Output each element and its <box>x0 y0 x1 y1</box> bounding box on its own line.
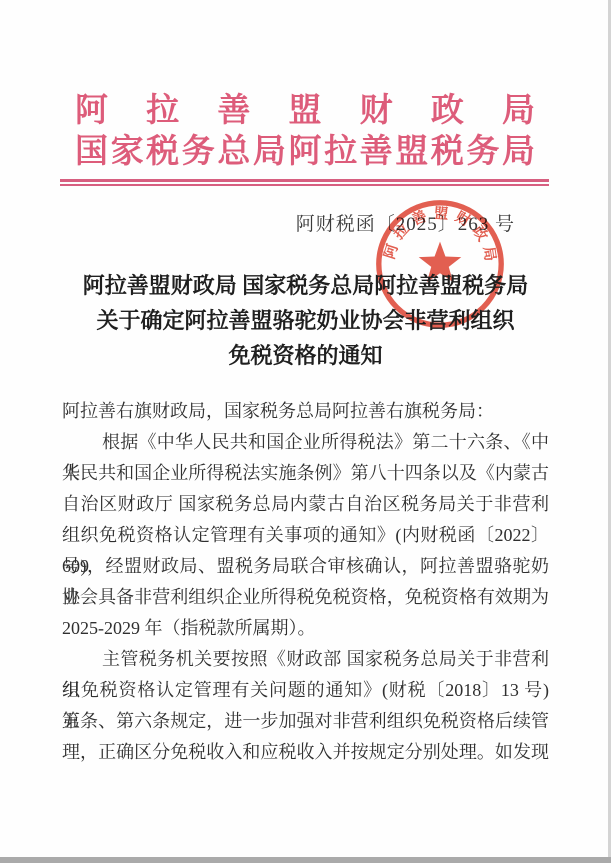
body-line: 五条、第六条规定，进一步加强对非营利组织免税资格后续管 <box>62 706 549 737</box>
title-line-3: 免税资格的通知 <box>40 338 571 373</box>
body-line: 2025-2029 年（指税款所属期）。 <box>62 613 549 644</box>
body-line: 协会具备非营利组织企业所得税免税资格，免税资格有效期为 <box>62 582 549 613</box>
body-line: 理，正确区分免税收入和应税收入并按规定分别处理。如发现 <box>62 737 549 768</box>
document-title: 阿拉善盟财政局 国家税务总局阿拉善盟税务局 关于确定阿拉善盟骆驼奶业协会非营利组… <box>40 268 571 373</box>
body-line: 织免税资格认定管理有关问题的通知》(财税〔2018〕13 号) 第 <box>62 675 549 706</box>
letterhead-agency-1: 阿拉善盟财政局 <box>75 92 535 131</box>
body-line: 组织免税资格认定管理有关事项的通知》(内财税函〔2022〕609 <box>62 520 549 551</box>
letterhead-agency-2: 国家税务总局阿拉善盟税务局 <box>75 133 535 172</box>
letterhead: 阿拉善盟财政局 国家税务总局阿拉善盟税务局 <box>75 92 535 172</box>
salutation-line: 阿拉善右旗财政局，国家税务总局阿拉善右旗税务局： <box>62 396 549 427</box>
title-line-1: 阿拉善盟财政局 国家税务总局阿拉善盟税务局 <box>40 268 571 303</box>
body-line: 主管税务机关要按照《财政部 国家税务总局关于非营利组 <box>62 644 549 675</box>
body-line: 自治区财政厅 国家税务总局内蒙古自治区税务局关于非营利 <box>62 489 549 520</box>
body-line: 号)，经盟财政局、盟税务局联合审核确认，阿拉善盟骆驼奶业 <box>62 551 549 582</box>
scan-edge-bottom <box>0 857 611 863</box>
title-line-2: 关于确定阿拉善盟骆驼奶业协会非营利组织 <box>40 303 571 338</box>
red-separator-line <box>60 179 549 186</box>
body-line: 人民共和国企业所得税法实施条例》第八十四条以及《内蒙古 <box>62 458 549 489</box>
document-page: 阿拉善盟财政局 国家税务总局阿拉善盟税务局 阿财税函〔2025〕263 号 阿拉… <box>0 0 611 863</box>
body-line: 根据《中华人民共和国企业所得税法》第二十六条、《中华 <box>62 427 549 458</box>
document-body: 阿拉善右旗财政局，国家税务总局阿拉善右旗税务局： 根据《中华人民共和国企业所得税… <box>62 396 549 768</box>
